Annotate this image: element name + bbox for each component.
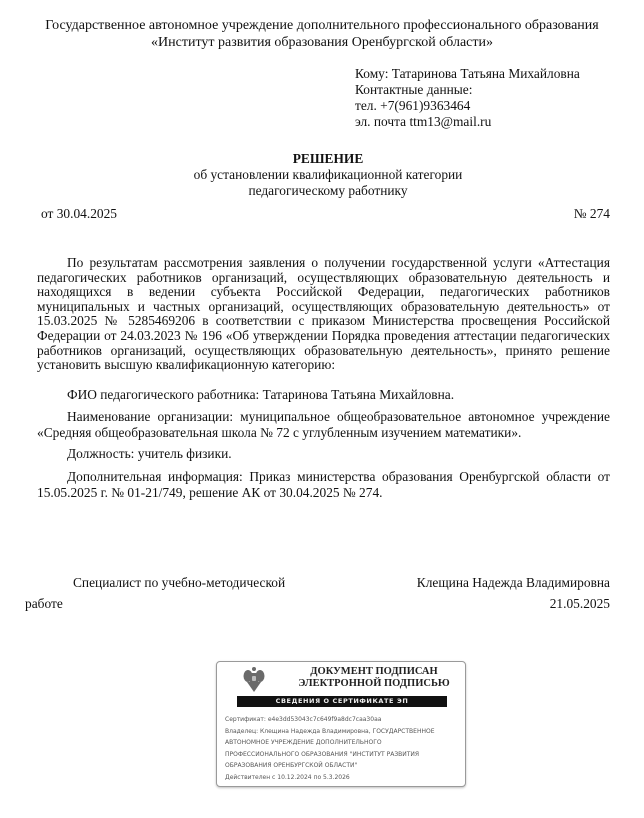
position-info: Должность: учитель физики. — [37, 447, 610, 462]
organization-name: Государственное автономное учреждение до… — [0, 18, 644, 34]
recipient-email: эл. почта ttm13@mail.ru — [355, 114, 491, 130]
stamp-title: ДОКУМЕНТ ПОДПИСАН ЭЛЕКТРОННОЙ ПОДПИСЬЮ — [289, 666, 459, 690]
signer-role-line1: Специалист по учебно-методической — [73, 575, 285, 591]
certificate-id: Сертификат: e4e3dd53043c7c649f9a8dc7caa3… — [225, 714, 461, 726]
signature-date: 21.05.2025 — [550, 596, 610, 612]
recipient-phone: тел. +7(961)9363464 — [355, 98, 470, 114]
organization-name-quoted: «Институт развития образования Оренбургс… — [0, 35, 644, 51]
main-paragraph: По результатам рассмотрения заявления о … — [37, 256, 610, 373]
document-date: от 30.04.2025 — [41, 206, 117, 222]
russian-coat-of-arms-icon — [243, 666, 265, 694]
document-subtitle-line2: педагогическому работнику — [6, 183, 644, 199]
owner-line2: АВТОНОМНОЕ УЧРЕЖДЕНИЕ ДОПОЛНИТЕЛЬНОГО — [225, 737, 461, 749]
signer-name: Клещина Надежда Владимировна — [417, 575, 610, 591]
additional-info: Дополнительная информация: Приказ минист… — [37, 469, 610, 500]
document-subtitle-line1: об установлении квалификационной категор… — [6, 167, 644, 183]
document-title: РЕШЕНИЕ — [6, 151, 644, 167]
teacher-fio: ФИО педагогического работника: Татаринов… — [37, 388, 610, 403]
validity-period: Действителен с 10.12.2024 по 5.3.2026 — [225, 772, 461, 784]
document-number: № 274 — [574, 206, 610, 222]
owner-line1: Владелец: Клещина Надежда Владимировна, … — [225, 726, 461, 738]
signer-role-line2: работе — [25, 596, 63, 612]
owner-line4: ОБРАЗОВАНИЯ ОРЕНБУРГСКОЙ ОБЛАСТИ" — [225, 760, 461, 772]
owner-line3: ПРОФЕССИОНАЛЬНОГО ОБРАЗОВАНИЯ "ИНСТИТУТ … — [225, 749, 461, 761]
electronic-signature-stamp: ДОКУМЕНТ ПОДПИСАН ЭЛЕКТРОННОЙ ПОДПИСЬЮ С… — [216, 661, 466, 787]
contacts-label: Контактные данные: — [355, 82, 472, 98]
stamp-title-line2: ЭЛЕКТРОННОЙ ПОДПИСЬЮ — [289, 678, 459, 690]
stamp-title-line1: ДОКУМЕНТ ПОДПИСАН — [289, 666, 459, 678]
certificate-details: Сертификат: e4e3dd53043c7c649f9a8dc7caa3… — [225, 714, 461, 784]
certificate-info-bar: СВЕДЕНИЯ О СЕРТИФИКАТЕ ЭП — [237, 696, 447, 707]
recipient-name: Кому: Татаринова Татьяна Михайловна — [355, 66, 580, 82]
organization-info: Наименование организации: муниципальное … — [37, 409, 610, 440]
